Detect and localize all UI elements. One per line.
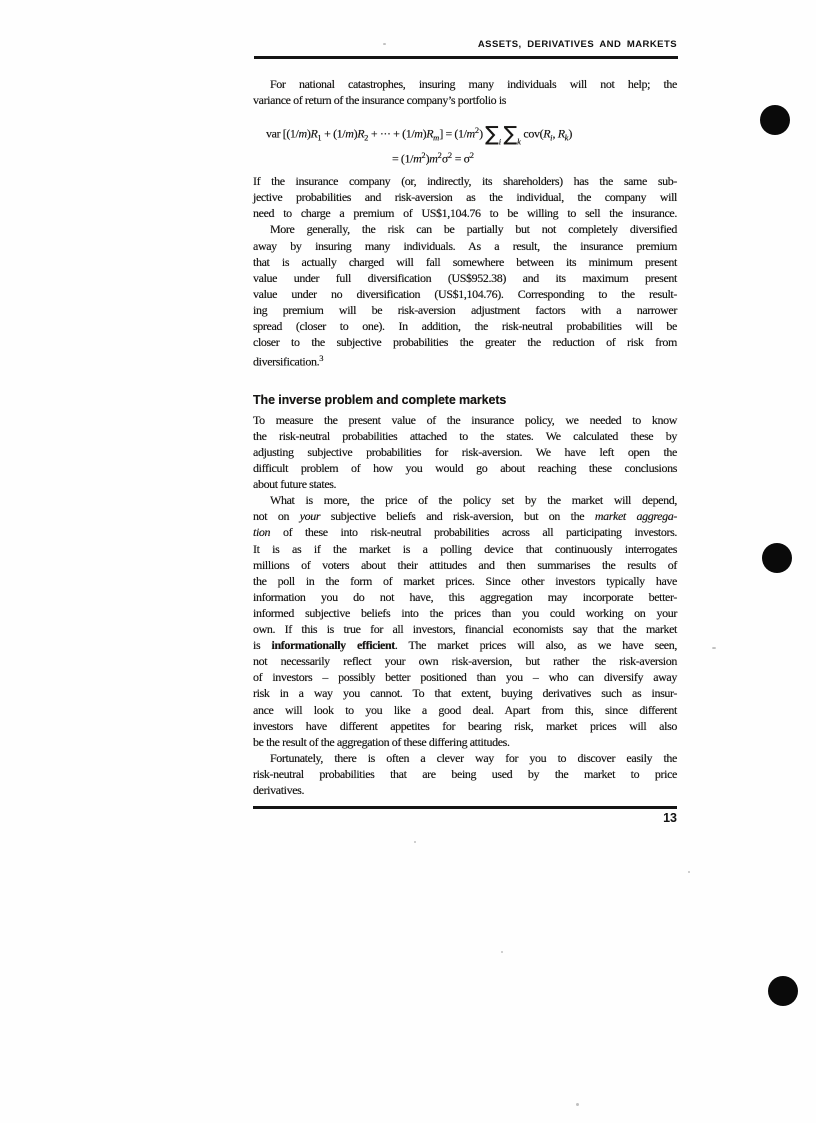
paragraph: More generally, the risk can be partiall… (253, 221, 677, 369)
text-line: informed subjective beliefs into the pri… (253, 605, 677, 621)
text-line: difficult problem of how you would go ab… (253, 460, 677, 476)
paragraph: For national catastrophes, insuring many… (253, 76, 677, 108)
scanned-page: ASSETS, DERIVATIVES AND MARKETS For nati… (0, 0, 816, 1123)
paragraph: What is more, the price of the policy se… (253, 492, 677, 750)
text-line: not necessarily reflect your own risk-av… (253, 653, 677, 669)
text-line: need to charge a premium of US$1,104.76 … (253, 205, 677, 221)
text-line: What is more, the price of the policy se… (253, 492, 677, 508)
text-line: risk in a way you cannot. To that extent… (253, 685, 677, 701)
text-line: For national catastrophes, insuring many… (253, 76, 677, 92)
text-line: adjusting subjective probabilities for r… (253, 444, 677, 460)
text-line: the poll in the form of market prices. S… (253, 573, 677, 589)
text-line: jective probabilities and risk-aversion … (253, 189, 677, 205)
equation-line: = (1/m2)m2σ2 = σ2 (253, 145, 677, 167)
text-line: information you do not have, this aggreg… (253, 589, 677, 605)
scan-speck (383, 43, 386, 45)
text-line: is informationally efficient. The market… (253, 637, 677, 653)
text-line: be the result of the aggregation of thes… (253, 734, 677, 750)
text-line: about future states. (253, 476, 677, 492)
text-line: diversification.3 (253, 350, 677, 370)
scan-speck (414, 841, 416, 843)
scan-speck (501, 951, 503, 953)
text-line: ance will look to you like a good deal. … (253, 702, 677, 718)
scan-speck (688, 871, 690, 873)
text-line: millions of voters about their attitudes… (253, 557, 677, 573)
scan-speck (712, 647, 716, 649)
page-number: 13 (253, 811, 677, 825)
punch-hole-mark (768, 976, 798, 1006)
punch-hole-mark (760, 105, 790, 135)
text-line: ing premium will be risk-aversion adjust… (253, 302, 677, 318)
text-line: More generally, the risk can be partiall… (253, 221, 677, 237)
paragraph: Fortunately, there is often a clever way… (253, 750, 677, 798)
paragraph: If the insurance company (or, indirectly… (253, 173, 677, 221)
footer-rule (253, 806, 677, 809)
text-line: If the insurance company (or, indirectly… (253, 173, 677, 189)
text-line: value under no diversification (US$1,104… (253, 286, 677, 302)
text-line: closer to the subjective probabilities t… (253, 334, 677, 350)
punch-hole-mark (762, 543, 792, 573)
page-body: For national catastrophes, insuring many… (253, 76, 677, 798)
text-line: derivatives. (253, 782, 677, 798)
text-line: It is as if the market is a polling devi… (253, 541, 677, 557)
text-line: value under full diversification (US$952… (253, 270, 677, 286)
text-line: that is actually charged will fall somew… (253, 254, 677, 270)
text-line: investors have different appetites for b… (253, 718, 677, 734)
text-line: the risk-neutral probabilities attached … (253, 428, 677, 444)
paragraph: To measure the present value of the insu… (253, 412, 677, 492)
text-line: risk-neutral probabilities that are bein… (253, 766, 677, 782)
scan-speck (576, 1103, 579, 1106)
text-line: away by insuring many individuals. As a … (253, 238, 677, 254)
text-line: variance of return of the insurance comp… (253, 92, 677, 108)
running-head: ASSETS, DERIVATIVES AND MARKETS (253, 39, 677, 50)
text-line: own. If this is true for all investors, … (253, 621, 677, 637)
text-line: not on your subjective beliefs and risk-… (253, 508, 677, 524)
text-line: Fortunately, there is often a clever way… (253, 750, 677, 766)
text-line: of investors – possibly better positione… (253, 669, 677, 685)
header-rule (254, 56, 678, 59)
equation-line: var [(1/m)R1 + (1/m)R2 + ··· + (1/m)Rm] … (253, 115, 677, 145)
equation: var [(1/m)R1 + (1/m)R2 + ··· + (1/m)Rm] … (253, 115, 677, 167)
text-line: spread (closer to one). In addition, the… (253, 318, 677, 334)
text-line: tion of these into risk-neutral probabil… (253, 524, 677, 540)
section-heading: The inverse problem and complete markets (253, 393, 677, 408)
text-line: To measure the present value of the insu… (253, 412, 677, 428)
